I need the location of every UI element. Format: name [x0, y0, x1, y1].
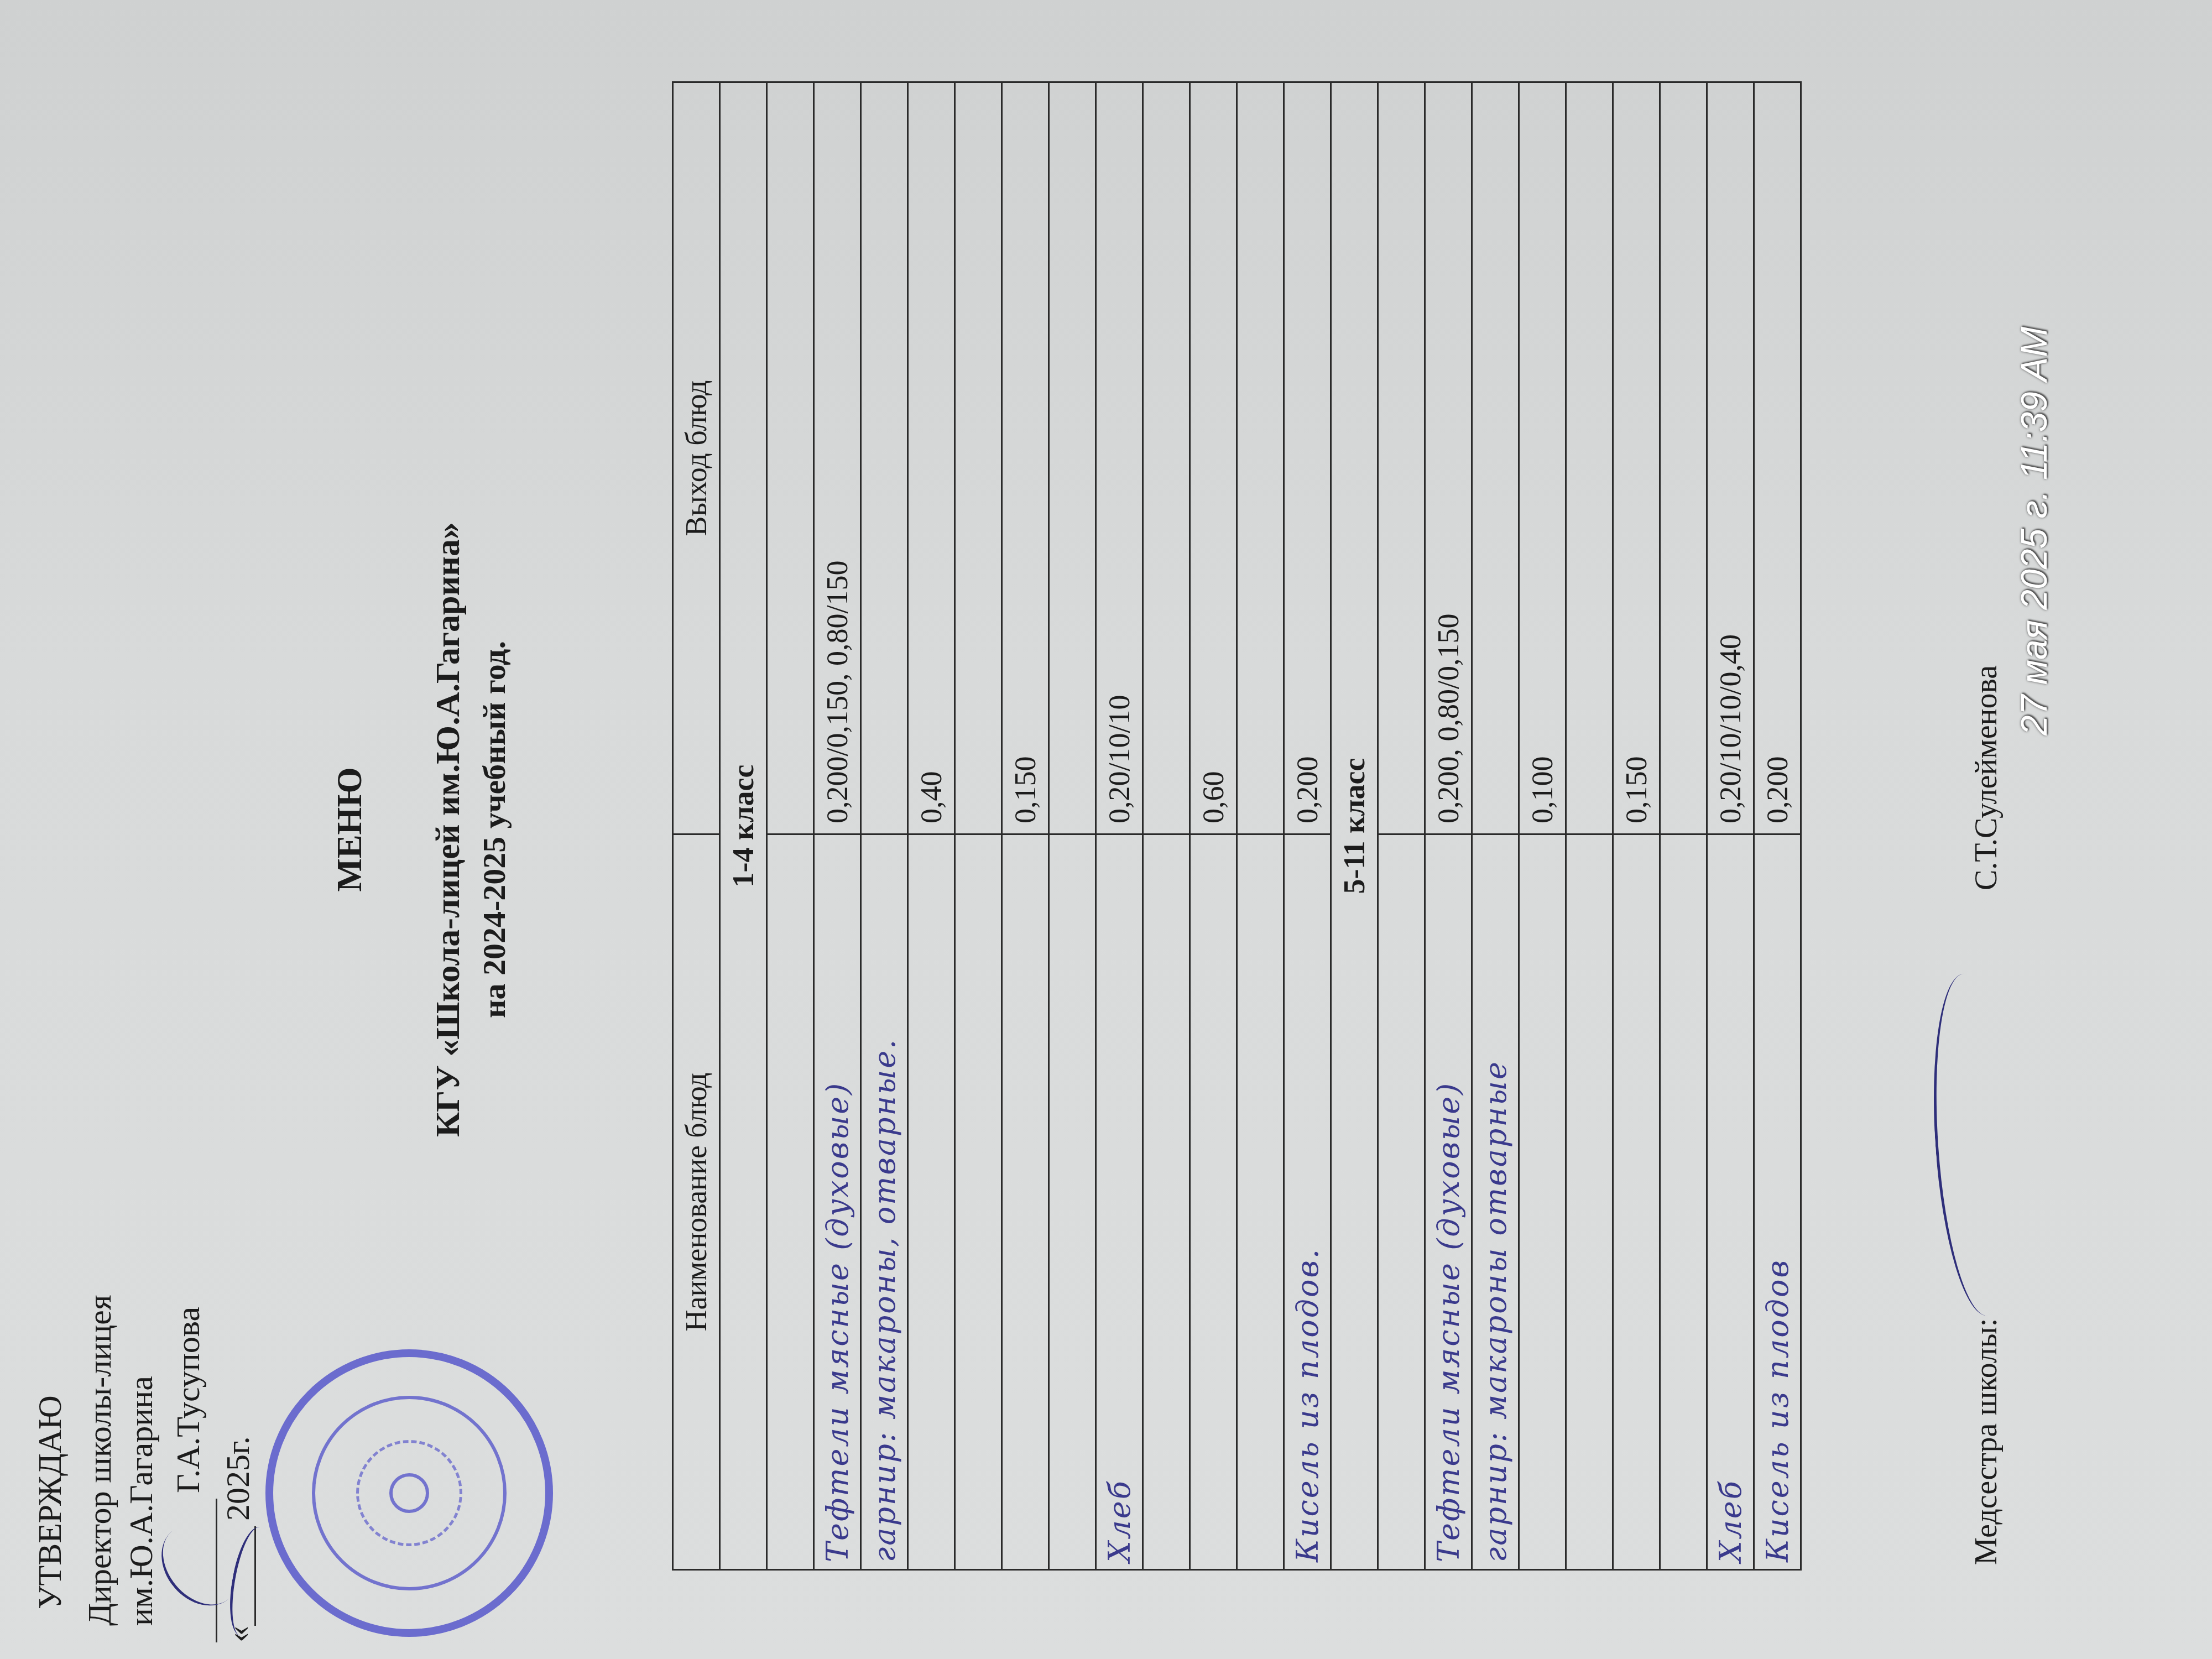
portion-cell: 0,200 [1754, 82, 1801, 834]
dish-name-cell: Кисель из плодов. [1284, 834, 1331, 1570]
table-row: Кисель из плодов0,200 [1754, 82, 1801, 1570]
academic-year: на 2024-2025 учебный год. [476, 0, 513, 1659]
table-row [1660, 82, 1707, 1570]
menu-document: УТВЕРЖДАЮ Директор школы-лицея им.Ю.А.Га… [0, 0, 2212, 1659]
dish-name-cell [1143, 834, 1190, 1570]
document-title: МЕНЮ [329, 0, 370, 1659]
table-row [1237, 82, 1284, 1570]
portion-cell [1049, 82, 1096, 834]
header-portion: Выход блюд [673, 82, 720, 834]
portion-cell: 0,20/10/10 [1096, 82, 1143, 834]
portion-cell: 0,200/0,150, 0,80/150 [814, 82, 861, 834]
nurse-name: С.Т.Сулейменова [1969, 665, 2004, 890]
table-row: 0,40 [908, 82, 955, 1570]
portion-cell [1566, 82, 1613, 834]
table-row: 0,60 [1190, 82, 1237, 1570]
section-row: 5-11 класс [1331, 82, 1378, 1570]
dish-name-cell [1613, 834, 1660, 1570]
portion-cell [1660, 82, 1707, 834]
organization-name: КГУ «Школа-лицей им.Ю.А.Гагарина» [429, 0, 468, 1659]
section-label: 5-11 класс [1331, 82, 1378, 1570]
portion-cell: 0,150 [1002, 82, 1049, 834]
dish-name-cell: Кисель из плодов [1754, 834, 1801, 1570]
dish-name-cell: Тефтели мясные (духовые) [814, 834, 861, 1570]
director-name: Г.А.Тусупова [171, 1307, 205, 1493]
dish-name-cell [767, 834, 814, 1570]
dish-name-cell: гарнир: макароны, отварные. [861, 834, 908, 1570]
dish-name-cell: Хлеб [1096, 834, 1143, 1570]
dish-name-cell [908, 834, 955, 1570]
table-row: 0,150 [1613, 82, 1660, 1570]
table-row: 0,100 [1519, 82, 1566, 1570]
approval-school: им.Ю.А.Гагарина [124, 1376, 158, 1626]
portion-cell [767, 82, 814, 834]
nurse-label: Медсестра школы: [1969, 1318, 2004, 1565]
photo-timestamp: 27 мая 2025 г. 11:39 AM [2013, 327, 2055, 735]
table-row: Кисель из плодов.0,200 [1284, 82, 1331, 1570]
portion-cell [1472, 82, 1519, 834]
portion-cell [1237, 82, 1284, 834]
table-row: Хлеб0,20/10/10 [1096, 82, 1143, 1570]
portion-cell: 0,100 [1519, 82, 1566, 834]
approval-title: УТВЕРЖДАЮ [33, 1395, 66, 1609]
header-dish-name: Наименование блюд [673, 834, 720, 1570]
table-row [767, 82, 814, 1570]
portion-cell [1378, 82, 1425, 834]
menu-table: Наименование блюд Выход блюд 1-4 классТе… [672, 81, 1802, 1571]
dish-name-cell [1660, 834, 1707, 1570]
dish-name-cell: Хлеб [1707, 834, 1754, 1570]
approval-position: Директор школы-лицея [83, 1295, 116, 1626]
section-row: 1-4 класс [720, 82, 767, 1570]
portion-cell: 0,60 [1190, 82, 1237, 834]
stamp-emblem [389, 1473, 429, 1513]
section-label: 1-4 класс [720, 82, 767, 1570]
dish-name-cell [1190, 834, 1237, 1570]
table-row: Хлеб0,20/10/10/0,40 [1707, 82, 1754, 1570]
portion-cell: 0,150 [1613, 82, 1660, 834]
dish-name-cell: гарнир: макароны отварные [1472, 834, 1519, 1570]
table-row: гарнир: макароны отварные [1472, 82, 1519, 1570]
date-year: 2025г. [221, 1436, 254, 1521]
dish-name-cell [1002, 834, 1049, 1570]
portion-cell: 0,200 [1284, 82, 1331, 834]
portion-cell: 0,20/10/10/0,40 [1707, 82, 1754, 834]
dish-name-cell [1378, 834, 1425, 1570]
nurse-signature [1924, 971, 2028, 1319]
table-row: Тефтели мясные (духовые)0,200/0,150, 0,8… [814, 82, 861, 1570]
portion-cell [1143, 82, 1190, 834]
table-row: Тефтели мясные (духовые)0,200, 0,80/0,15… [1425, 82, 1472, 1570]
dish-name-cell [1237, 834, 1284, 1570]
dish-name-cell: Тефтели мясные (духовые) [1425, 834, 1472, 1570]
table-row [1378, 82, 1425, 1570]
portion-cell: 0,200, 0,80/0,150 [1425, 82, 1472, 834]
table-row [1049, 82, 1096, 1570]
dish-name-cell [955, 834, 1002, 1570]
portion-cell [861, 82, 908, 834]
table-row [955, 82, 1002, 1570]
portion-cell: 0,40 [908, 82, 955, 834]
table-row [1566, 82, 1613, 1570]
dish-name-cell [1049, 834, 1096, 1570]
portion-cell [955, 82, 1002, 834]
table-row: 0,150 [1002, 82, 1049, 1570]
dish-name-cell [1519, 834, 1566, 1570]
table-row [1143, 82, 1190, 1570]
dish-name-cell [1566, 834, 1613, 1570]
table-row: гарнир: макароны, отварные. [861, 82, 908, 1570]
table-header-row: Наименование блюд Выход блюд [673, 82, 720, 1570]
